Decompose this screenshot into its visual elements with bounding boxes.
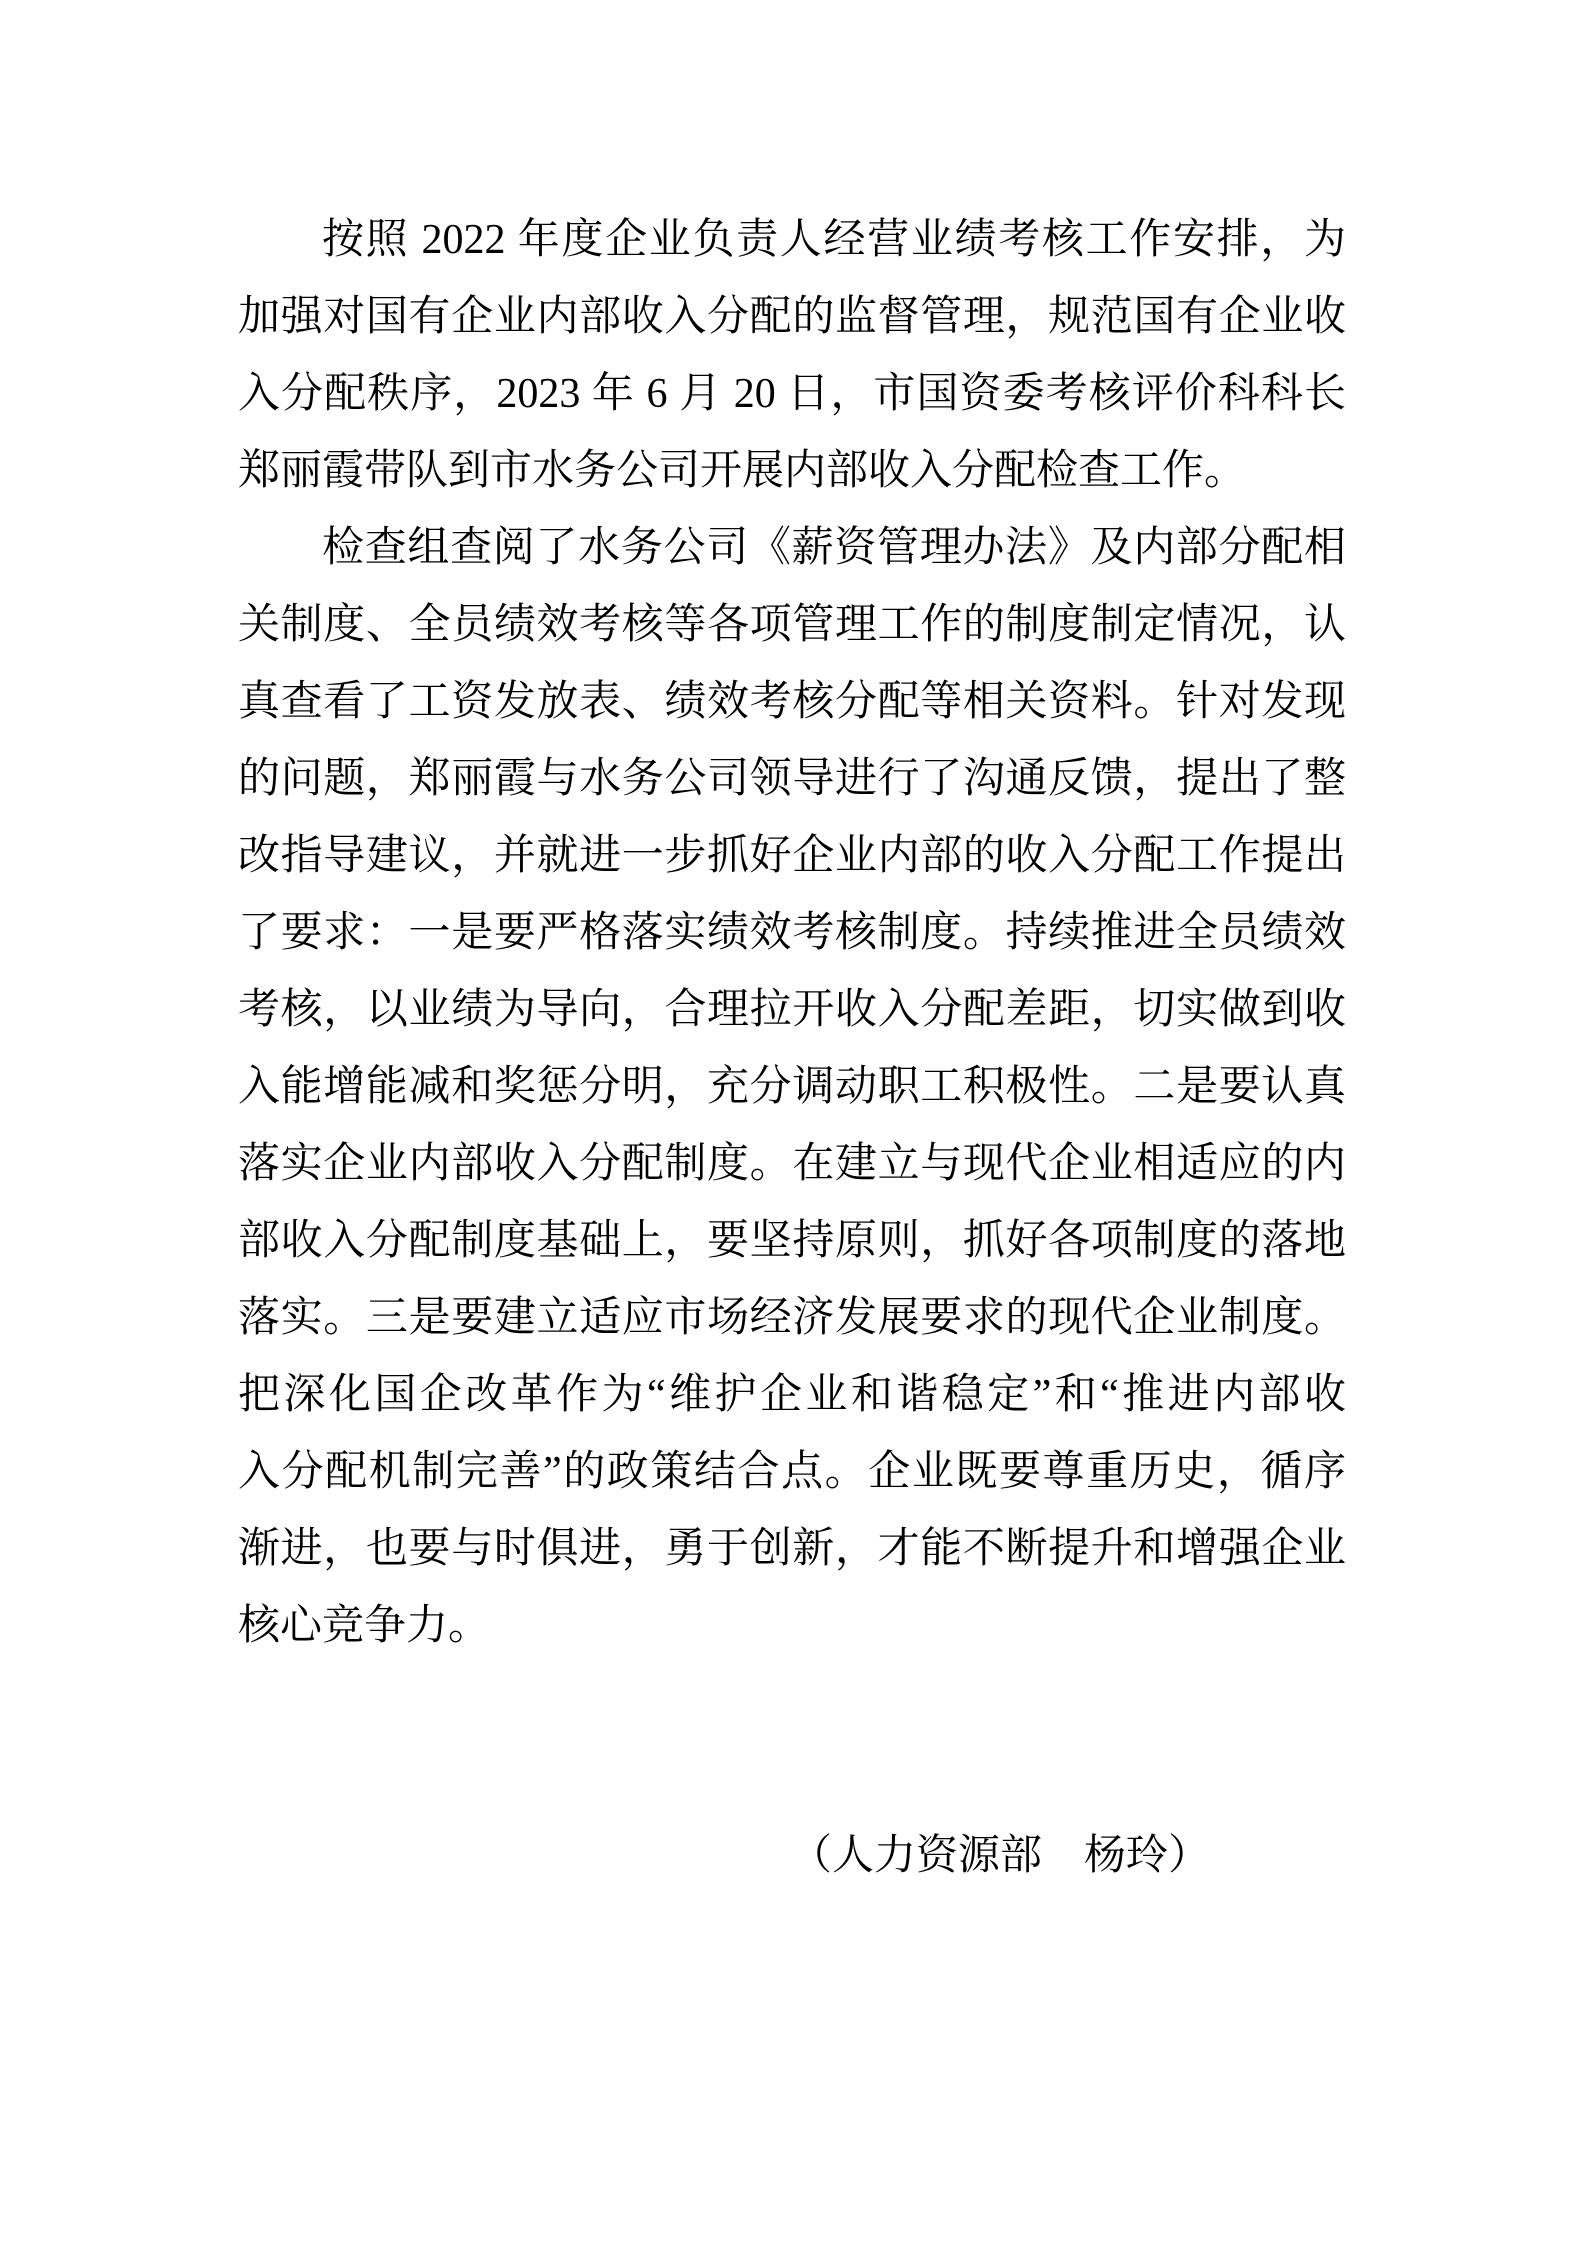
text-line: 改指导建议，并就进一步抓好企业内部的收入分配工作提出 xyxy=(238,818,1346,895)
text-line: 部收入分配制度基础上，要坚持原则，抓好各项制度的落地 xyxy=(238,1203,1346,1280)
text-line: 入分配机制完善”的政策结合点。企业既要尊重历史，循序 xyxy=(238,1434,1346,1511)
text-line: 把深化国企改革作为“维护企业和谐稳定”和“推进内部收 xyxy=(238,1357,1346,1434)
signature: （人力资源部 杨玲） xyxy=(238,1818,1346,1895)
text-line: 渐进，也要与时俱进，勇于创新，才能不断提升和增强企业 xyxy=(238,1511,1346,1588)
body-text: 按照 2022 年度企业负责人经营业绩考核工作安排，为加强对国有企业内部收入分配… xyxy=(238,202,1346,1665)
text-line: 考核，以业绩为导向，合理拉开收入分配差距，切实做到收 xyxy=(238,972,1346,1049)
text-line: 关制度、全员绩效考核等各项管理工作的制度制定情况，认 xyxy=(238,587,1346,664)
text-line: 落实企业内部收入分配制度。在建立与现代企业相适应的内 xyxy=(238,1126,1346,1203)
text-line: 真查看了工资发放表、绩效考核分配等相关资料。针对发现 xyxy=(238,664,1346,741)
text-line: 入分配秩序，2023 年 6 月 20 日，市国资委考核评价科科长 xyxy=(238,356,1346,433)
text-line: 加强对国有企业内部收入分配的监督管理，规范国有企业收 xyxy=(238,279,1346,356)
text-line: 入能增能减和奖惩分明，充分调动职工积极性。二是要认真 xyxy=(238,1049,1346,1126)
text-line: 核心竞争力。 xyxy=(238,1588,1346,1665)
text-line: 按照 2022 年度企业负责人经营业绩考核工作安排，为 xyxy=(238,202,1346,279)
document-page: 按照 2022 年度企业负责人经营业绩考核工作安排，为加强对国有企业内部收入分配… xyxy=(0,0,1587,2245)
text-line: 检查组查阅了水务公司《薪资管理办法》及内部分配相 xyxy=(238,510,1346,587)
text-line: 了要求：一是要严格落实绩效考核制度。持续推进全员绩效 xyxy=(238,895,1346,972)
text-line: 的问题，郑丽霞与水务公司领导进行了沟通反馈，提出了整 xyxy=(238,741,1346,818)
text-line: 落实。三是要建立适应市场经济发展要求的现代企业制度。 xyxy=(238,1280,1346,1357)
text-line: 郑丽霞带队到市水务公司开展内部收入分配检查工作。 xyxy=(238,433,1346,510)
